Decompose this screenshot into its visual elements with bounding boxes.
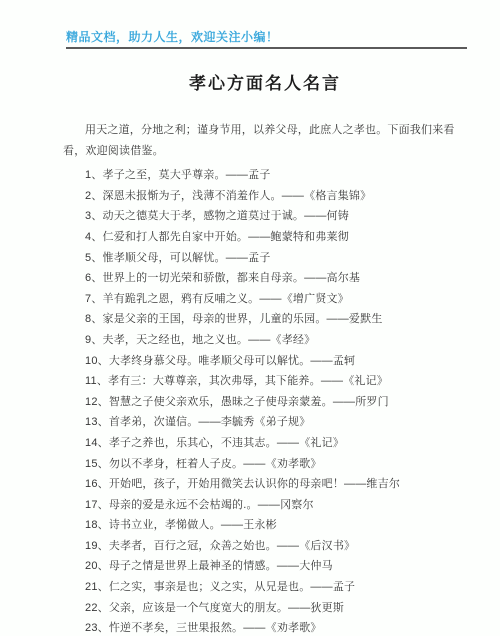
- header-slogan: 精品文档，助力人生，欢迎关注小编！: [66, 30, 467, 44]
- quote-item: 15、勿以不孝身，枉着人子皮。——《劝孝歌》: [63, 454, 465, 475]
- quote-item: 10、大孝终身慕父母。唯孝顺父母可以解忧。——孟轲: [63, 351, 465, 372]
- quote-item: 9、夫孝，天之经也，地之义也。——《孝经》: [63, 330, 465, 351]
- quote-item: 1、孝子之至，莫大乎尊亲。——孟子: [63, 165, 465, 186]
- quote-item: 5、惟孝顺父母，可以解忧。——孟子: [63, 248, 465, 269]
- quote-item: 17、母亲的爱是永远不会枯竭的.。——冈察尔: [63, 495, 465, 516]
- page-title: 孝心方面名人名言: [63, 73, 467, 95]
- document-page: 精品文档，助力人生，欢迎关注小编！ 孝心方面名人名言 用天之道，分地之利；谨身节…: [0, 0, 500, 636]
- document-body: 用天之道，分地之利；谨身节用，以养父母，此庶人之孝也。下面我们来看看，欢迎阅读借…: [63, 120, 465, 636]
- quote-item: 20、母子之情是世界上最神圣的情感。——大仲马: [63, 556, 465, 577]
- quote-item: 12、智慧之子使父亲欢乐，愚昧之子使母亲蒙羞。——所罗门: [63, 392, 465, 413]
- quote-item: 6、世界上的一切光荣和骄傲，都来自母亲。——高尔基: [63, 268, 465, 289]
- quote-item: 18、诗书立业，孝悌做人。——王永彬: [63, 515, 465, 536]
- quote-item: 11、孝有三：大尊尊亲，其次弗辱，其下能养。——《礼记》: [63, 371, 465, 392]
- quotes-list: 1、孝子之至，莫大乎尊亲。——孟子2、深恩未报惭为子，浅薄不消羞作人。——《格言…: [63, 165, 465, 636]
- quote-item: 22、父亲，应该是一个气度宽大的朋友。——狄更斯: [63, 598, 465, 619]
- intro-paragraph: 用天之道，分地之利；谨身节用，以养父母，此庶人之孝也。下面我们来看看，欢迎阅读借…: [63, 120, 465, 161]
- quote-item: 4、仁爱和打人都先自家中开始。——鲍蒙特和弗莱彻: [63, 227, 465, 248]
- quote-item: 3、动天之德莫大于孝，感物之道莫过于诚。——何铸: [63, 206, 465, 227]
- quote-item: 2、深恩未报惭为子，浅薄不消羞作人。——《格言集锦》: [63, 186, 465, 207]
- quote-item: 21、仁之实，事亲是也；义之实，从兄是也。——孟子: [63, 577, 465, 598]
- quote-item: 23、忤逆不孝矣，三世果报然。——《劝孝歌》: [63, 618, 465, 636]
- quote-item: 16、开始吧，孩子，开始用微笑去认识你的母亲吧！——维吉尔: [63, 474, 465, 495]
- quote-item: 13、首孝弟，次谨信。——李毓秀《弟子规》: [63, 412, 465, 433]
- document-header: 精品文档，助力人生，欢迎关注小编！: [66, 30, 467, 49]
- quote-item: 8、家是父亲的王国，母亲的世界，儿童的乐园。——爱默生: [63, 309, 465, 330]
- quote-item: 7、羊有跪乳之恩，鸦有反哺之义。——《增广贤文》: [63, 289, 465, 310]
- quote-item: 14、孝子之养也，乐其心，不违其志。——《礼记》: [63, 433, 465, 454]
- quote-item: 19、夫孝者，百行之冠，众善之始也。——《后汉书》: [63, 536, 465, 557]
